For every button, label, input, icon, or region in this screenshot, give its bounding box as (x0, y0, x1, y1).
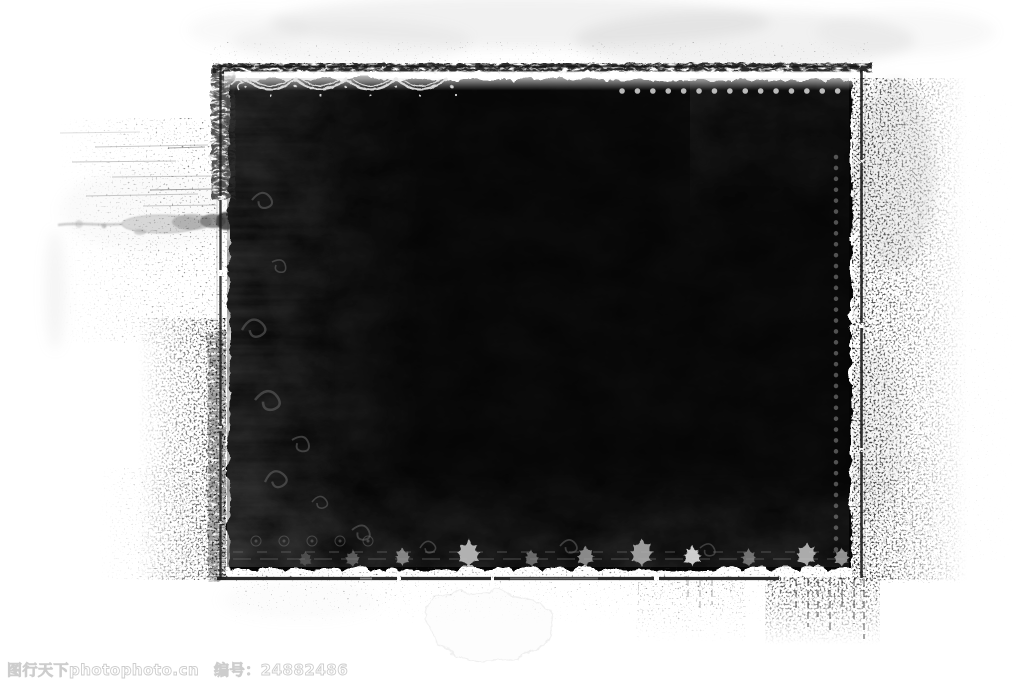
water-stain (425, 591, 552, 660)
grunge-frame-artwork: 图行天下photophoto.cn 编号：24882486 (0, 0, 1024, 689)
watermark-site: 图行天下photophoto.cn (7, 659, 199, 680)
speckle-top (210, 42, 872, 64)
speckle-right (850, 78, 1017, 583)
watermark: 图行天下photophoto.cn 编号：24882486 (7, 659, 348, 680)
speckle-left (58, 118, 228, 580)
panel-texture (227, 78, 849, 567)
speckle-bottom (221, 565, 880, 645)
grunge-frame-graphic (0, 0, 1024, 689)
watermark-id: 编号：24882486 (214, 659, 348, 680)
